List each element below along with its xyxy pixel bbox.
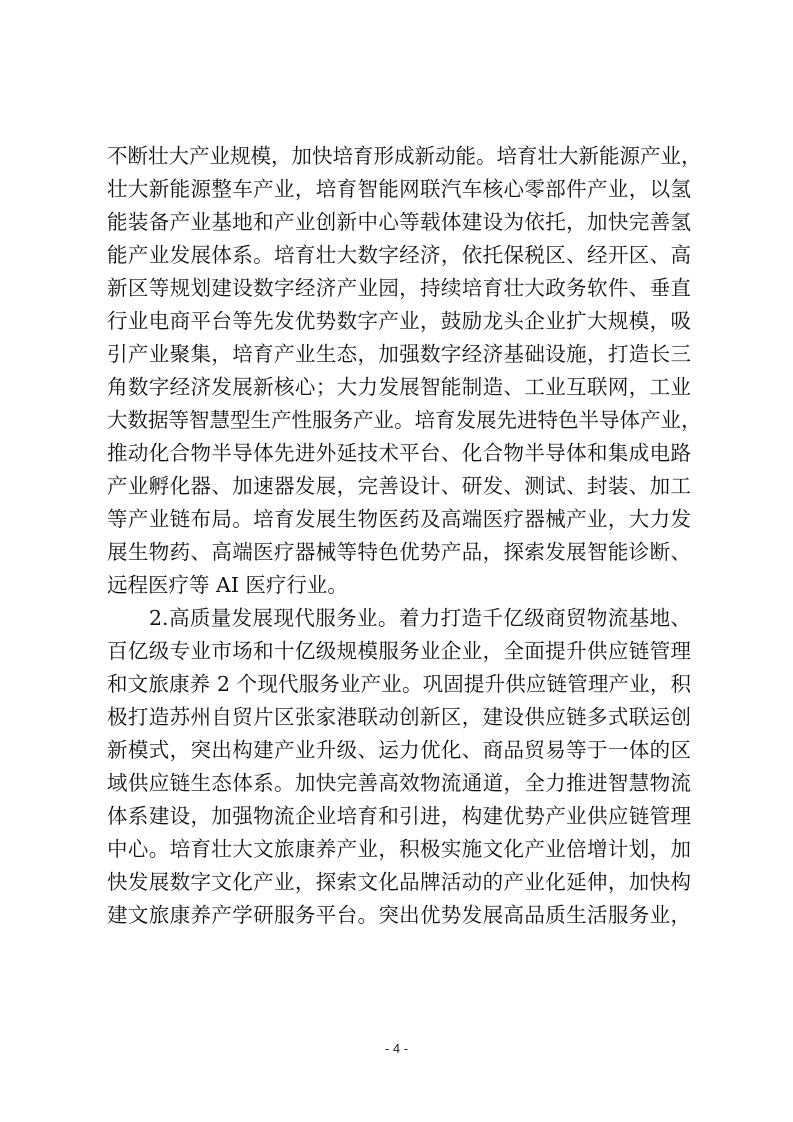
text-line: 角数字经济发展新核心；大力发展智能制造、工业互联网，工业 bbox=[107, 371, 691, 404]
page-number: - 4 - bbox=[0, 1041, 793, 1056]
text-line: 百亿级专业市场和十亿级规模服务业企业，全面提升供应链管理 bbox=[107, 635, 691, 668]
text-line: 展生物药、高端医疗器械等特色优势产品，探索发展智能诊断、 bbox=[107, 536, 691, 569]
text-line: 能产业发展体系。培育壮大数字经济，依托保税区、经开区、高 bbox=[107, 239, 691, 272]
text-line: 引产业聚集，培育产业生态，加强数字经济基础设施，打造长三 bbox=[107, 338, 691, 371]
text-line: 极打造苏州自贸片区张家港联动创新区，建设供应链多式联运创 bbox=[107, 701, 691, 734]
text-line: 推动化合物半导体先进外延技术平台、化合物半导体和集成电路 bbox=[107, 437, 691, 470]
text-line: 中心。培育壮大文旅康养产业，积极实施文化产业倍增计划，加 bbox=[107, 833, 691, 866]
text-line: 新区等规划建设数字经济产业园，持续培育壮大政务软件、垂直 bbox=[107, 272, 691, 305]
text-line: 产业孵化器、加速器发展，完善设计、研发、测试、封装、加工 bbox=[107, 470, 691, 503]
paragraph-end-line: 远程医疗等 AI 医疗行业。 bbox=[107, 569, 691, 602]
document-page: 不断壮大产业规模，加快培育形成新动能。培育壮大新能源产业， 壮大新能源整车产业，… bbox=[0, 0, 793, 1122]
text-line: 域供应链生态体系。加快完善高效物流通道，全力推进智慧物流 bbox=[107, 767, 691, 800]
text-line: 壮大新能源整车产业，培育智能网联汽车核心零部件产业，以氢 bbox=[107, 173, 691, 206]
text-line: 体系建设，加强物流企业培育和引进，构建优势产业供应链管理 bbox=[107, 800, 691, 833]
text-line: 等产业链布局。培育发展生物医药及高端医疗器械产业，大力发 bbox=[107, 503, 691, 536]
text-line: 不断壮大产业规模，加快培育形成新动能。培育壮大新能源产业， bbox=[107, 140, 691, 173]
text-line: 新模式，突出构建产业升级、运力优化、商品贸易等于一体的区 bbox=[107, 734, 691, 767]
text-line: 大数据等智慧型生产性服务产业。培育发展先进特色半导体产业， bbox=[107, 404, 691, 437]
text-line: 建文旅康养产学研服务平台。突出优势发展高品质生活服务业， bbox=[107, 899, 691, 932]
section-heading-line: 2.高质量发展现代服务业。着力打造千亿级商贸物流基地、 bbox=[107, 602, 691, 635]
text-line: 快发展数字文化产业，探索文化品牌活动的产业化延伸，加快构 bbox=[107, 866, 691, 899]
text-line: 能装备产业基地和产业创新中心等载体建设为依托，加快完善氢 bbox=[107, 206, 691, 239]
text-line: 行业电商平台等先发优势数字产业，鼓励龙头企业扩大规模，吸 bbox=[107, 305, 691, 338]
text-line: 和文旅康养 2 个现代服务业产业。巩固提升供应链管理产业，积 bbox=[107, 668, 691, 701]
body-text: 不断壮大产业规模，加快培育形成新动能。培育壮大新能源产业， 壮大新能源整车产业，… bbox=[107, 140, 691, 932]
